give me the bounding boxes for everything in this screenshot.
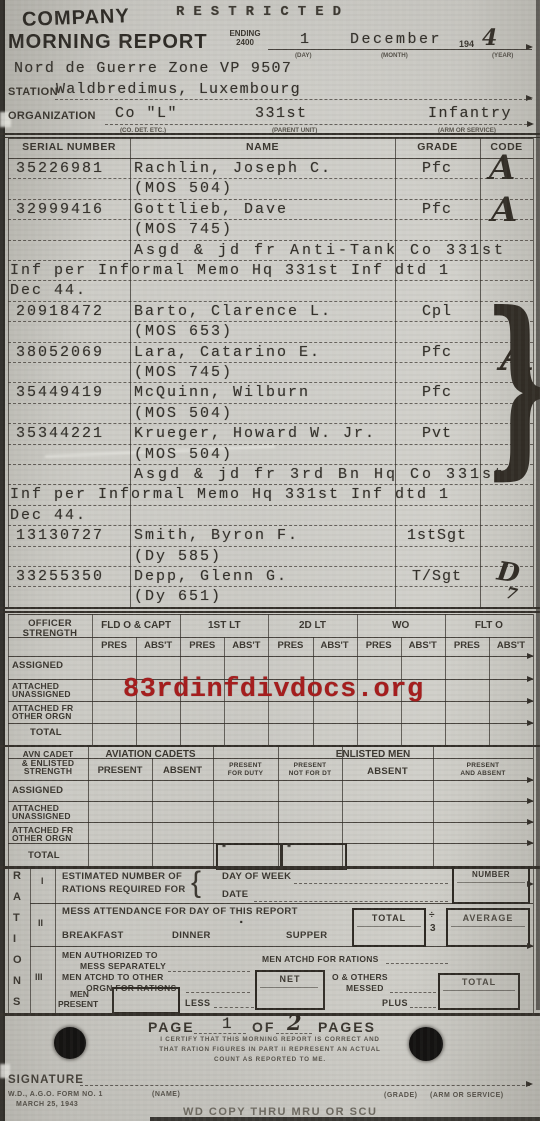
aviation-cadets-header: AVIATION CADETS (88, 749, 213, 760)
enlisted-sub-header: FOR DUTY (213, 770, 278, 777)
roster-row-line (8, 260, 533, 261)
officer-row-label: ASSIGNED (12, 660, 63, 671)
divide-sign: ÷ (429, 910, 435, 921)
o-others-label: O & OTHERS (332, 972, 388, 982)
form-id: W.D., A.G.O. FORM NO. 1 (8, 1091, 103, 1098)
roster-bottom-rule-1 (0, 607, 540, 609)
roster-name: McQuinn, Wilburn (134, 384, 310, 401)
roster-v1 (130, 138, 131, 607)
off-top (8, 614, 533, 615)
number-box: NUMBER (452, 866, 530, 904)
off-hs (8, 656, 533, 657)
pages-total-value: 2 (287, 1010, 302, 1035)
line-arrow (527, 840, 534, 846)
roster-grade: Cpl (397, 303, 477, 320)
officer-group-header: FLT O (445, 620, 533, 631)
net-box-label: NET (257, 974, 323, 984)
officer-group-header: 1ST LT (180, 620, 268, 631)
roster-row-line (8, 301, 533, 302)
signature-line (80, 1085, 530, 1086)
stray-dot: . (237, 912, 245, 928)
mess-total-label: TOTAL (354, 913, 424, 923)
day-of-week-line (294, 883, 448, 884)
mess-average-box: AVERAGE (446, 908, 530, 947)
officer-sub-pres: PRES (357, 640, 401, 651)
roster-grade: 1stSgt (397, 527, 477, 544)
rations-side-letter: N (13, 975, 21, 987)
roster-grade: Pfc (397, 201, 477, 218)
mess-sep-label: MESS SEPARATELY (80, 961, 166, 971)
org-service-value: Infantry (428, 105, 512, 122)
officer-sub-abst: ABS'T (489, 640, 533, 651)
avn-sub-present: PRESENT (88, 765, 152, 776)
line-arrow (527, 943, 534, 949)
watermark: 83rdinfdivdocs.org (123, 675, 424, 705)
rations-v-numerals (55, 866, 56, 1013)
rations-side-letter: I (13, 933, 16, 945)
dinner-label: DINNER (172, 930, 211, 941)
punch-hole-right (409, 1027, 443, 1061)
roster-row-line (8, 403, 533, 404)
rations-numeral-2: II (38, 918, 43, 928)
rations-total-box: TOTAL (438, 973, 520, 1010)
roster-name: Gottlieb, Dave (134, 201, 288, 218)
date-month-value: December (350, 31, 442, 48)
roster-bottom-rule-2 (0, 611, 540, 613)
form-title-line2: MORNING REPORT (8, 31, 208, 54)
supper-label: SUPPER (286, 930, 327, 941)
code-mark-rachlin: A (489, 148, 515, 188)
roster-row-line (8, 199, 533, 200)
officer-sub-pres: PRES (445, 640, 489, 651)
zone-line: Nord de Guerre Zone VP 9507 (14, 60, 292, 77)
rations1-line2: RATIONS REQUIRED FOR (62, 884, 186, 895)
roster-name: Krueger, Howard W. Jr. (134, 425, 376, 442)
enlisted-sub-header: PRESENT (213, 762, 278, 769)
roster-row-line (8, 219, 533, 220)
officer-sub-pres: PRES (180, 640, 224, 651)
line-arrow (527, 698, 534, 704)
box-asterisk: * (286, 844, 292, 855)
plus-label: PLUS (382, 998, 408, 1008)
officer-bottom-rule (0, 745, 540, 747)
station-line-arrow (526, 95, 533, 101)
scan-edge-right (536, 0, 540, 1010)
form-date: MARCH 25, 1943 (16, 1101, 78, 1108)
roster-serial: 35226981 (16, 160, 104, 177)
rations-side-letter: S (13, 996, 20, 1008)
roster-serial: 38052069 (16, 344, 104, 361)
page-num-value: 1 (222, 1015, 232, 1033)
mess-total-divider (357, 926, 421, 927)
year-printed: 194 (459, 39, 474, 49)
less-line (214, 1007, 254, 1008)
roster-grade: Pvt (397, 425, 477, 442)
roster-row-line (8, 342, 533, 343)
rations-total-label: TOTAL (440, 977, 518, 987)
roster-header-top (8, 138, 533, 139)
scan-edge-left (0, 0, 5, 1121)
cadet-row-label: UNASSIGNED (12, 811, 71, 821)
day-caption: (DAY) (295, 52, 312, 59)
men-atchd-rations-label: MEN ATCHD FOR RATIONS (262, 954, 379, 964)
morning-report-document: RESTRICTED COMPANY MORNING REPORT ENDING… (0, 0, 540, 1121)
mess-total-box: TOTAL (352, 908, 426, 947)
enlisted-sub-header: AND ABSENT (433, 770, 533, 777)
line-arrow (527, 881, 534, 887)
cert-line: THAT RATION FIGURES IN PART II REPRESENT… (110, 1046, 430, 1053)
roster-remark: Inf per Informal Memo Hq 331st Inf dtd 1 (10, 262, 450, 279)
rations1-brace: { (191, 866, 201, 900)
date-field-line (254, 901, 448, 902)
roster-serial: 13130727 (16, 527, 104, 544)
box-asterisk: * (221, 844, 227, 855)
form-title-line1: COMPANY (22, 5, 130, 32)
men-atchd-other-label: MEN ATCHD TO OTHER (62, 972, 164, 982)
off-hr2 (8, 723, 533, 724)
cadet-row-label: OTHER ORGN (12, 833, 72, 843)
officer-sub-pres: PRES (268, 640, 312, 651)
rations-side-letter: T (13, 912, 20, 924)
name-caption: (NAME) (152, 1091, 180, 1098)
ending-label: ENDING (225, 29, 265, 38)
roster-serial: 32999416 (16, 201, 104, 218)
off-vm4 (489, 637, 490, 745)
rations-side-letter: R (13, 870, 21, 882)
org-parent-value: 331st (255, 105, 308, 122)
line-arrow (527, 798, 534, 804)
station-underline (55, 99, 532, 100)
line-arrow (527, 653, 534, 659)
year-caption: (YEAR) (492, 52, 513, 59)
roster-name: Smith, Byron F. (134, 527, 299, 544)
avn-sub-absent: ABSENT (152, 765, 213, 776)
org-unit-value: Co "L" (115, 105, 178, 122)
cadet-strength-corner: STRENGTH (8, 766, 88, 776)
rations-bottom-rule (0, 1013, 540, 1016)
mess-average-label: AVERAGE (448, 913, 528, 923)
officer-row-label: UNASSIGNED (12, 689, 71, 699)
plus-line (410, 1007, 436, 1008)
roster-mos: (MOS 504) (134, 180, 233, 197)
officer-sub-abst: ABS'T (401, 640, 445, 651)
messed-label: MESSED (346, 983, 384, 993)
organization-label: ORGANIZATION (8, 110, 96, 122)
roster-row-line (8, 546, 533, 547)
header-rule-1 (0, 133, 540, 135)
roster-serial: 35449419 (16, 384, 104, 401)
roster-grade: Pfc (397, 384, 477, 401)
enlisted-sub-header: NOT FOR DT (278, 770, 342, 777)
roster-row-line (8, 444, 533, 445)
roster-row-line (8, 586, 533, 587)
roster-row-line (8, 178, 533, 179)
roster-mos: (MOS 504) (134, 446, 233, 463)
mess-sep-line (168, 971, 250, 972)
messed-line (390, 992, 436, 993)
mess-average-divider (451, 926, 525, 927)
signature-label: SIGNATURE (8, 1074, 84, 1086)
service-caption: (ARM OR SERVICE) (430, 1092, 504, 1099)
men-auth-label: MEN AUTHORIZED TO (62, 950, 158, 960)
date-day-value: 1 (300, 31, 311, 48)
off-hg (8, 637, 533, 638)
rations-numeral-3: III (35, 972, 43, 982)
cad-v7 (533, 747, 534, 866)
cad-hr0 (8, 801, 533, 802)
page-label: PAGE (148, 1019, 195, 1035)
of-label: OF (252, 1019, 275, 1035)
net-box: NET (255, 970, 325, 1010)
line-arrow (527, 720, 534, 726)
officer-sub-abst: ABS'T (224, 640, 268, 651)
cad-hr1 (8, 822, 533, 823)
code-mark-gottlieb: A (491, 190, 517, 230)
breakfast-label: BREAKFAST (62, 930, 124, 941)
roster-row-line (8, 321, 533, 322)
officer-row-label: OTHER ORGN (12, 711, 72, 721)
pages-label: PAGES (318, 1019, 376, 1035)
cadet-row-label: TOTAL (28, 850, 60, 861)
officer-sub-pres: PRES (92, 640, 136, 651)
rations1-line1: ESTIMATED NUMBER OF (62, 871, 182, 882)
officer-sub-abst: ABS'T (136, 640, 180, 651)
grade-caption: (GRADE) (384, 1092, 417, 1099)
officer-row-label: TOTAL (30, 727, 62, 738)
roster-grade: T/Sgt (397, 568, 477, 585)
roster-serial: 35344221 (16, 425, 104, 442)
cad-hs (8, 780, 533, 781)
number-box-label: NUMBER (454, 870, 528, 879)
officer-group-header: FLD O & CAPT (92, 620, 180, 631)
roster-row-line (8, 566, 533, 567)
net-box-divider (260, 987, 318, 988)
enlisted-sub-header: ABSENT (342, 766, 433, 777)
roster-serial: 33255350 (16, 568, 104, 585)
roster-mos: (MOS 504) (134, 405, 233, 422)
roster-col-header: SERIAL NUMBER (8, 141, 130, 153)
roster-mos: (MOS 745) (134, 364, 233, 381)
roster-mos: (Dy 585) (134, 548, 222, 565)
restricted-stamp: RESTRICTED (176, 4, 350, 20)
roster-mos: (MOS 745) (134, 221, 233, 238)
station-label: STATION (8, 86, 58, 98)
date-line-arrow (526, 44, 533, 50)
men-present-box (112, 987, 180, 1014)
officer-group-header: WO (357, 620, 445, 631)
rations-numeral-1: I (41, 876, 44, 886)
roster-row-line (8, 240, 533, 241)
roster-remark: Inf per Informal Memo Hq 331st Inf dtd 1 (10, 486, 450, 503)
present-label: PRESENT (58, 999, 98, 1009)
roster-remark: Dec 44. (10, 282, 87, 299)
rations-total-divider (443, 990, 515, 991)
rations-v-word (30, 866, 31, 1013)
page-num-line (194, 1033, 246, 1034)
roster-name: Rachlin, Joseph C. (134, 160, 332, 177)
less-label: LESS (185, 998, 211, 1008)
line-arrow (527, 676, 534, 682)
divide-three: 3 (430, 923, 436, 934)
roster-v3 (480, 138, 481, 607)
code-mark-brace-a: A (500, 330, 534, 381)
roster-mos: (Dy 651) (134, 588, 222, 605)
officer-group-header: 2D LT (268, 620, 356, 631)
enlisted-men-header: ENLISTED MEN (213, 749, 533, 760)
roster-grade: Pfc (397, 344, 477, 361)
copy-line: WD COPY THRU MRU OR SCU (183, 1106, 377, 1118)
orgn-for-rations-line (186, 992, 250, 993)
ending-value: 2400 (225, 38, 265, 47)
rations-side-letter: O (13, 954, 22, 966)
cert-line: COUNT AS REPORTED TO ME. (110, 1056, 430, 1063)
roster-name: Lara, Catarino E. (134, 344, 321, 361)
roster-remark: Dec 44. (10, 507, 87, 524)
roster-serial: 20918472 (16, 303, 104, 320)
roster-name: Depp, Glenn G. (134, 568, 288, 585)
roster-mos: (MOS 653) (134, 323, 233, 340)
roster-remark: Asgd & jd fr Anti-Tank Co 331st (134, 242, 506, 259)
rations-v-right (533, 866, 534, 1013)
men-label: MEN (70, 989, 89, 999)
cert-line: I CERTIFY THAT THIS MORNING REPORT IS CO… (110, 1036, 430, 1043)
roster-grade: Pfc (397, 160, 477, 177)
org-underline (105, 124, 532, 125)
roster-remark: Asgd & jd fr 3rd Bn Hq Co 331st (134, 466, 506, 483)
men-atchd-rations-line (386, 963, 448, 964)
enlisted-sub-header: PRESENT (278, 762, 342, 769)
mess-attendance-title: MESS ATTENDANCE FOR DAY OF THIS REPORT (62, 906, 298, 917)
day-of-week-label: DAY OF WEEK (222, 871, 291, 882)
number-box-divider (457, 882, 525, 883)
roster-col-header: GRADE (395, 141, 480, 153)
rations-side-letter: A (13, 891, 21, 903)
roster-row-line (8, 505, 533, 506)
officer-sub-abst: ABS'T (313, 640, 357, 651)
year-handwritten: 4 (482, 25, 497, 51)
roster-row-line (8, 362, 533, 363)
roster-v0 (8, 138, 9, 607)
rations-v-left (8, 866, 9, 1013)
code-brace: } (484, 288, 540, 481)
line-arrow (527, 819, 534, 825)
line-arrow (527, 777, 534, 783)
roster-name: Barto, Clarence L. (134, 303, 332, 320)
line-arrow (527, 121, 534, 127)
station-value: Waldbredimus, Luxembourg (56, 81, 301, 98)
roster-row-line (8, 280, 533, 281)
enlisted-sub-header: PRESENT (433, 762, 533, 769)
cadet-row-label: ASSIGNED (12, 785, 63, 796)
roster-header-bottom (8, 158, 533, 159)
roster-row-line (8, 464, 533, 465)
date-field-label: DATE (222, 889, 248, 900)
punch-hole-left (54, 1027, 86, 1059)
roster-col-header: NAME (130, 141, 395, 153)
month-caption: (MONTH) (381, 52, 408, 59)
signature-line-arrow (526, 1081, 533, 1087)
roster-v2 (395, 138, 396, 607)
